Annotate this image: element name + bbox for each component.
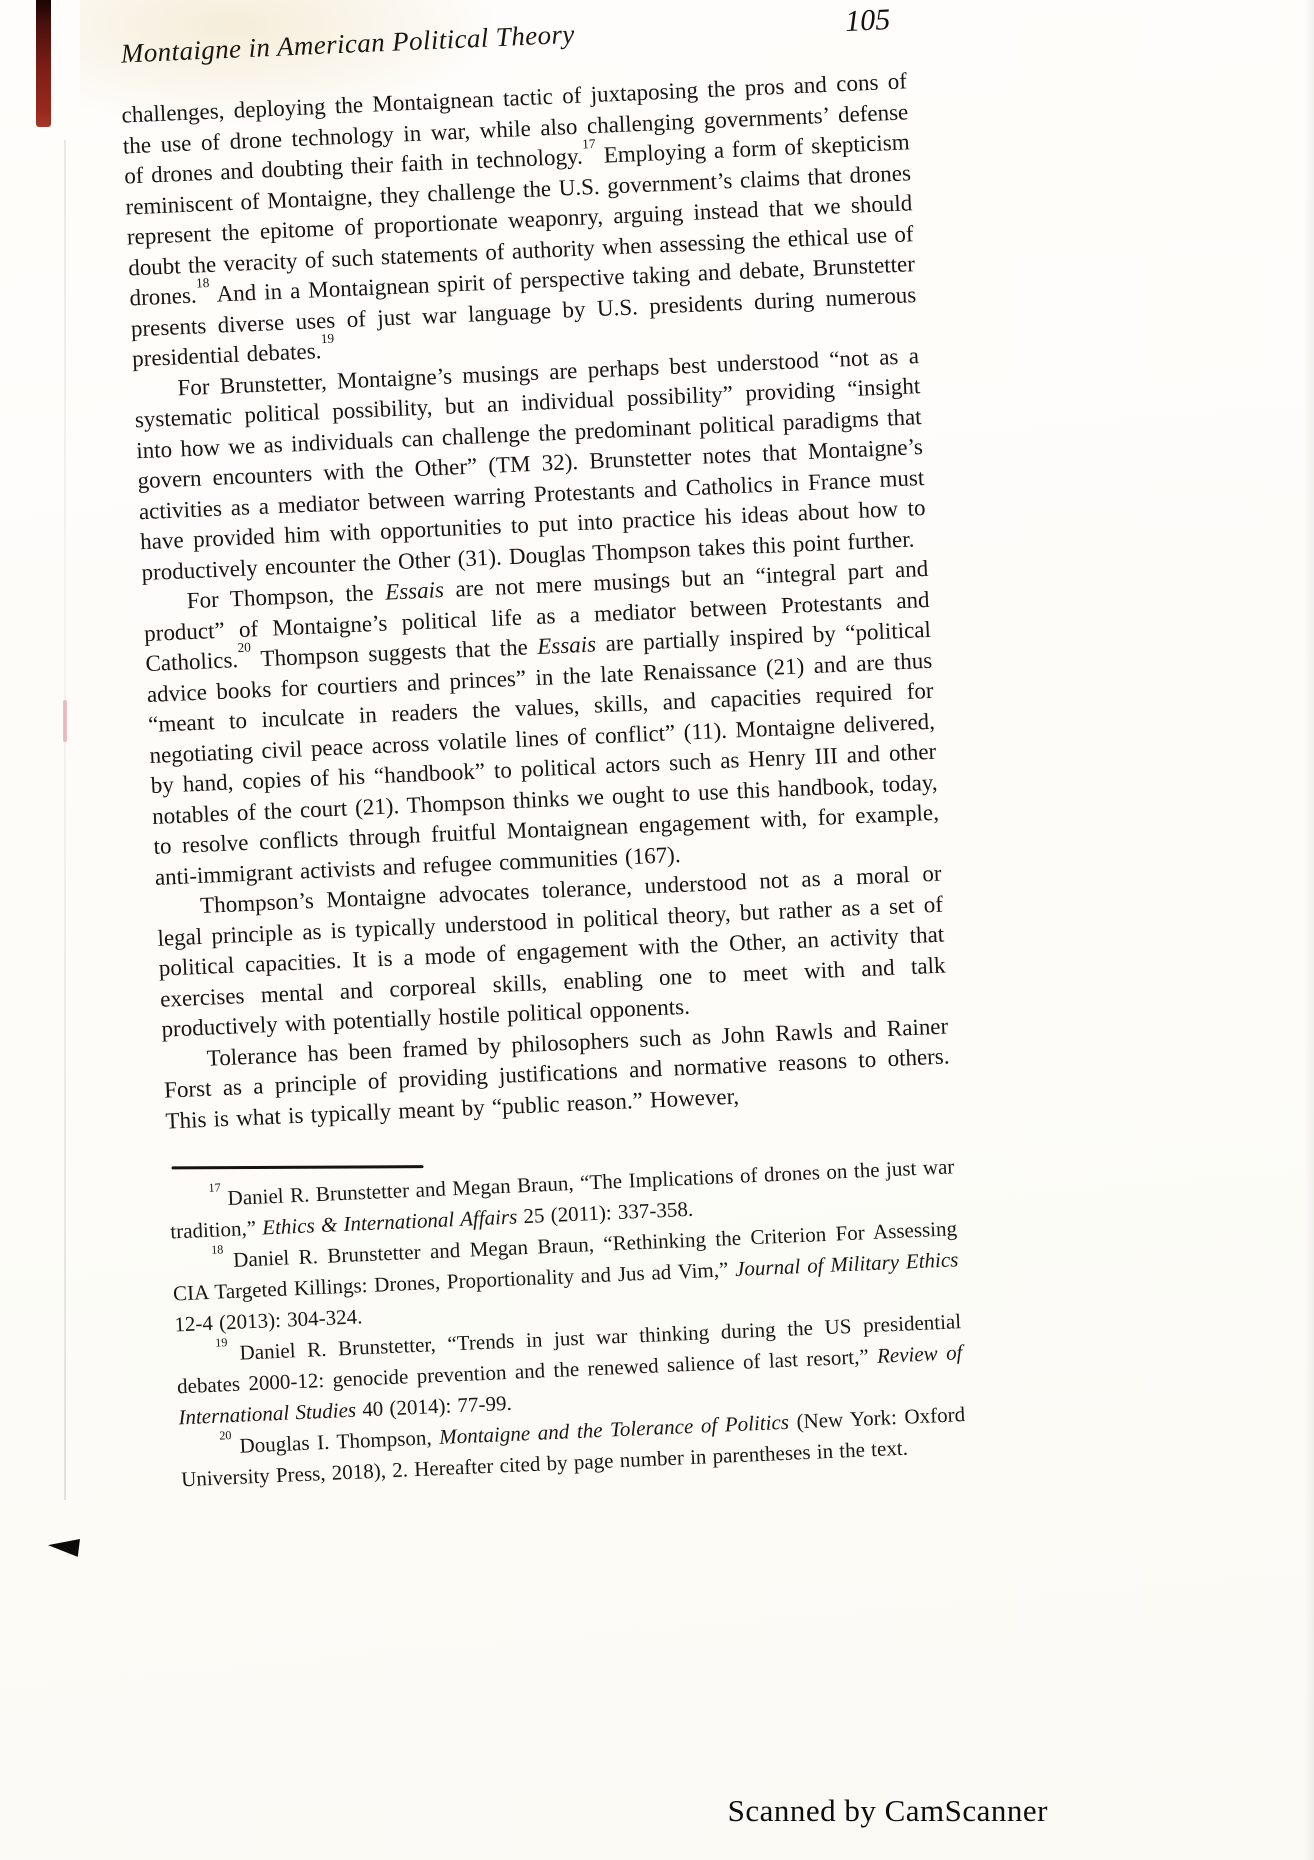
- text-run: 25 (2011): 337-358.: [517, 1197, 694, 1229]
- footnote-number: 18: [211, 1242, 224, 1257]
- text-run: Essais: [537, 631, 597, 659]
- text-run: For Thompson, the: [186, 580, 385, 614]
- text-run: 12-4 (2013): 304-324.: [174, 1304, 363, 1336]
- text-run: Douglas I. Thompson,: [239, 1425, 440, 1458]
- footnote-number: 20: [219, 1428, 232, 1443]
- text-run: Journal of Military Ethics: [735, 1247, 959, 1281]
- page-number: 105: [844, 3, 890, 39]
- page-edge-shadow: [1304, 0, 1314, 1860]
- footnote-reference: 20: [237, 639, 251, 655]
- footnote-number: 19: [215, 1335, 228, 1350]
- text-run: Essais: [385, 577, 445, 605]
- scan-edge-red-stripe-artifact: [36, 0, 51, 127]
- footnote-reference: 18: [196, 275, 210, 291]
- footnote-reference: 19: [320, 330, 334, 346]
- arrow-mark-artifact: [47, 1535, 80, 1557]
- scan-fold-line-artifact: [64, 140, 66, 1500]
- scan-pink-mark-artifact: [63, 700, 67, 742]
- footnotes: 17 Daniel R. Brunstetter and Megan Braun…: [168, 1151, 967, 1495]
- footnote-separator: [172, 1165, 424, 1169]
- paragraph: challenges, deploying the Montaignean ta…: [121, 66, 918, 375]
- text-run: Thompson’s Montaigne advocates tolerance…: [157, 861, 946, 1042]
- camscanner-watermark: Scanned by CamScanner: [728, 1793, 1048, 1829]
- scanned-book-page: Montaigne in American Political Theory 1…: [0, 0, 1314, 1860]
- text-run: For Brunstetter, Montaigne’s musings are…: [134, 343, 926, 585]
- paragraph: For Thompson, the Essais are not mere mu…: [142, 554, 941, 893]
- footnote-number: 17: [208, 1180, 221, 1195]
- page-content: Montaigne in American Political Theory 1…: [118, 2, 967, 1495]
- body-text: challenges, deploying the Montaignean ta…: [121, 66, 951, 1136]
- text-run: 40 (2014): 77-99.: [355, 1391, 512, 1422]
- paragraph: For Brunstetter, Montaigne’s musings are…: [133, 341, 928, 589]
- footnote-reference: 17: [582, 136, 596, 152]
